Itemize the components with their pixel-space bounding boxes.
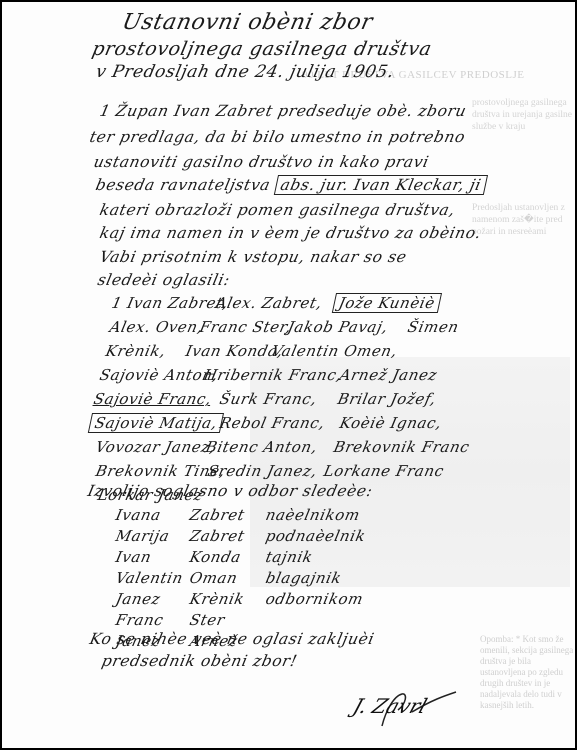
officer-first: Ivan: [114, 548, 153, 566]
member-name: Alex. Oven,: [108, 318, 205, 336]
signature: J. Zavrl: [350, 694, 430, 718]
body-text: ustanoviti gasilno društvo in kako pravi: [92, 153, 431, 171]
election-intro: Izvolijo soglasno v odbor sledeèe:: [86, 482, 374, 500]
officer-last: Ster: [188, 611, 227, 629]
body-text: beseda ravnateljstva: [94, 176, 272, 194]
member-name: Šimen: [406, 318, 461, 336]
member-name: Sajoviè Franc,: [92, 390, 213, 408]
scanned-document-page: 90 LET DRUŠTVA GASILCEV PREDOSLJE prosto…: [0, 0, 577, 750]
member-name-text: Sredin Janez,: [206, 462, 319, 480]
member-name-text: Alex. Zabret,: [214, 294, 324, 312]
member-name-text: Franc Ster,: [198, 318, 293, 336]
member-name-text: Sajoviè Matija,: [88, 413, 225, 433]
body-text: kaj ima namen in v èem je društvo za obè…: [98, 224, 483, 242]
officer-first: Janez: [114, 590, 162, 608]
member-name-text: Arnež Janez: [338, 366, 439, 384]
member-name-text: Brekovnik Franc: [332, 438, 471, 456]
member-name: Jože Kunèiè: [332, 294, 442, 312]
member-name-text: Rebol Franc,: [218, 414, 327, 432]
member-name-text: Valentin Omen,: [270, 342, 399, 360]
closing-line: Ko se nihèe veè ne oglasi zakljuèi: [88, 630, 376, 648]
member-name: Vovozar Janez,: [94, 438, 217, 456]
member-name: Sredin Janez,: [206, 462, 319, 480]
member-name: Lorkane Franc: [322, 462, 446, 480]
body-text: Župan Ivan Zabret predseduje obè. zboru: [114, 102, 468, 120]
closing-line: predsednik obèni zbor!: [100, 652, 299, 670]
document-title-line-3: v Predosljah dne 24. julija 1905.: [94, 62, 396, 82]
member-name: Franc Ster,: [198, 318, 293, 336]
member-name: Valentin Omen,: [270, 342, 399, 360]
member-name-text: Brilar Jožef,: [336, 390, 438, 408]
member-name-text: Sajoviè Franc,: [92, 390, 213, 408]
member-name: Rebol Franc,: [218, 414, 327, 432]
member-name: 1 Ivan Zabret,: [110, 294, 230, 312]
boxed-name-kleckar: abs. jur. Ivan Kleckar, ji: [274, 175, 489, 195]
body-line: kaj ima namen in v èem je društvo za obè…: [98, 224, 483, 242]
member-name-text: Šurk Franc,: [218, 390, 319, 408]
officer-role: blagajnik: [264, 569, 343, 587]
member-name-text: Jakob Pavaj,: [286, 318, 390, 336]
officer-last: Oman: [188, 569, 239, 587]
bleed-through-text: Predosljah ustanovljen z namenom zaš�ite…: [472, 202, 572, 238]
officer-first: Franc: [114, 611, 165, 629]
officer-role: naèelnikom: [264, 506, 362, 524]
officer-last: Krènik: [188, 590, 246, 608]
officer-role: podnaèelnik: [264, 527, 367, 545]
body-line: beseda ravnateljstva abs. jur. Ivan Klec…: [94, 176, 488, 194]
body-text: sledeèi oglasili:: [96, 271, 232, 289]
officer-last: Konda: [188, 548, 243, 566]
member-name-text: Krènik,: [104, 342, 168, 360]
member-name: Jakob Pavaj,: [286, 318, 390, 336]
body-text: Vabi prisotnim k vstopu, nakar so se: [98, 248, 408, 266]
member-name: Koèiè Ignac,: [338, 414, 443, 432]
member-name-text: Koèiè Ignac,: [338, 414, 443, 432]
officer-role: tajnik: [264, 548, 315, 566]
member-name: Brekovnik Franc: [332, 438, 471, 456]
officer-first: Marija: [114, 527, 171, 545]
item-number: 1: [98, 102, 112, 120]
member-name: Šurk Franc,: [218, 390, 319, 408]
bleed-through-footnote: Opomba: * Kot smo že omenili, sekcija ga…: [480, 634, 575, 711]
member-name-text: Jože Kunèiè: [332, 293, 442, 313]
member-name-text: Alex. Oven,: [108, 318, 205, 336]
member-name: Brilar Jožef,: [336, 390, 438, 408]
member-name: Sajoviè Matija,: [88, 414, 224, 432]
bleed-through-text: prostovoljnega gasilnega društva in urej…: [472, 97, 572, 133]
member-name: Alex. Zabret,: [214, 294, 324, 312]
member-name-text: Lorkane Franc: [322, 462, 446, 480]
document-title-line-1: Ustanovni obèni zbor: [120, 10, 375, 35]
body-line: ustanoviti gasilno društvo in kako pravi: [92, 153, 431, 171]
body-line: sledeèi oglasili:: [96, 271, 232, 289]
member-name: Krènik,: [104, 342, 168, 360]
member-name: Hribernik Franc,: [202, 366, 344, 384]
officer-first: Valentin: [114, 569, 185, 587]
body-line: Vabi prisotnim k vstopu, nakar so se: [98, 248, 408, 266]
member-name-text: Šimen: [406, 318, 461, 336]
officer-role: odbornikom: [264, 590, 365, 608]
body-line: abs. jur. Ivan Kleckar, ji kateri obrazl…: [98, 201, 457, 219]
document-title-line-2: prostovoljnega gasilnega društva: [90, 38, 434, 60]
member-name-text: Hribernik Franc,: [202, 366, 344, 384]
body-text: ter predlaga, da bi bilo umestno in potr…: [88, 128, 467, 146]
member-name: Arnež Janez: [338, 366, 439, 384]
member-name: Bitenc Anton,: [204, 438, 319, 456]
body-line: 1 Župan Ivan Zabret predseduje obè. zbor…: [98, 102, 468, 120]
officer-last: Zabret: [188, 527, 246, 545]
body-line: ter predlaga, da bi bilo umestno in potr…: [88, 128, 467, 146]
member-name-text: Vovozar Janez,: [94, 438, 217, 456]
officer-last: Zabret: [188, 506, 246, 524]
officer-first: Ivana: [114, 506, 163, 524]
member-name-text: Bitenc Anton,: [204, 438, 319, 456]
body-text: kateri obrazloži pomen gasilnega društva…: [98, 201, 457, 219]
